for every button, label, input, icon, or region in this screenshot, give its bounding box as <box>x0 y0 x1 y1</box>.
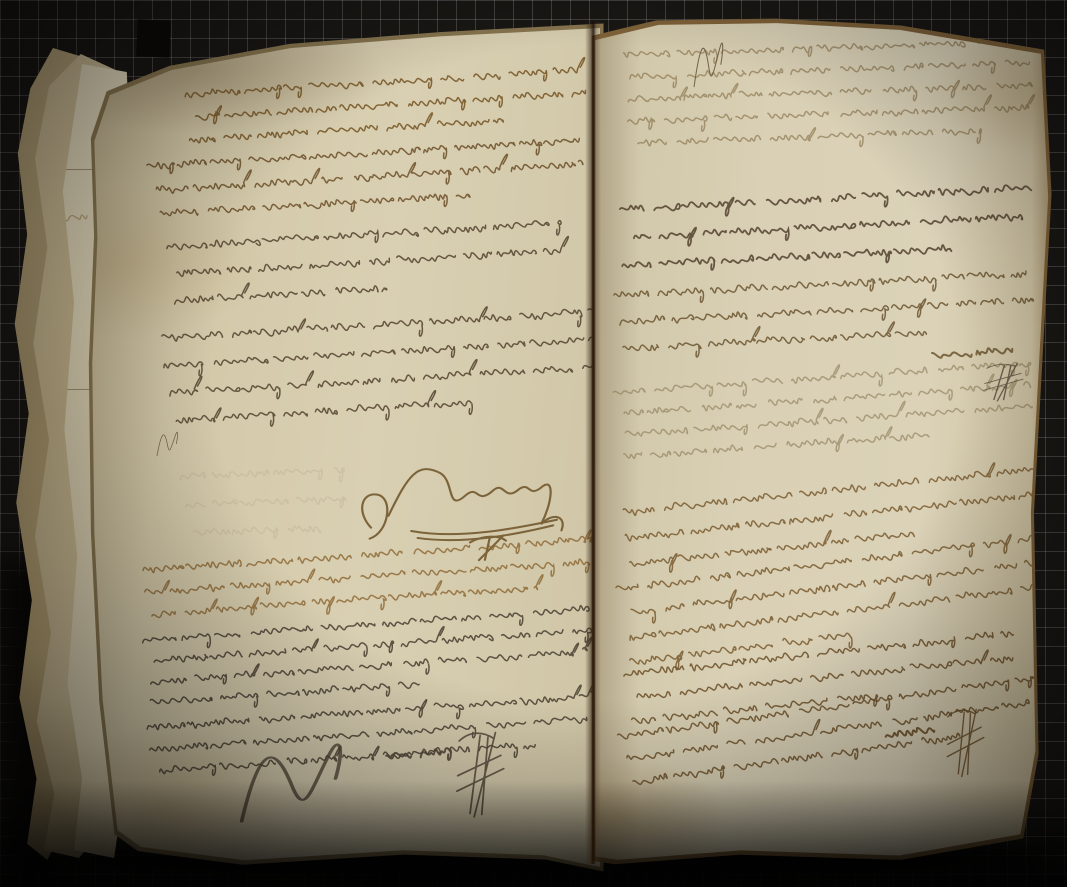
photo-vignette <box>0 0 1067 887</box>
photograph-of-open-register: 111 <box>0 0 1067 887</box>
book-gutter-crease <box>585 22 601 864</box>
